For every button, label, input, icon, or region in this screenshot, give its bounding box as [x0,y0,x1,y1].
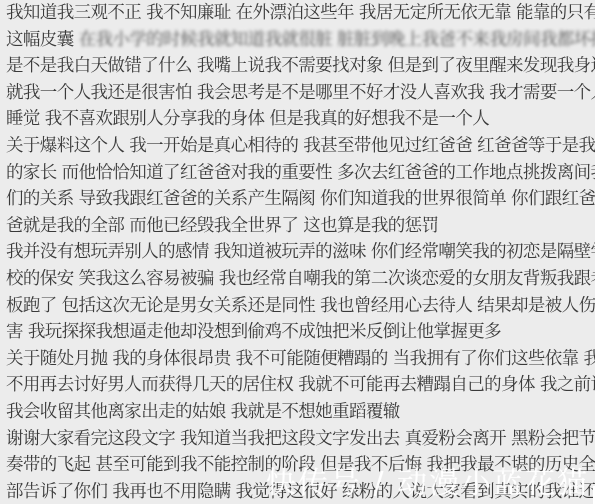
text-line-15: 不用再去讨好男人而获得几天的居住权 我就不可能再去糟蹋自己的身体 我之前说 [6,372,595,399]
text-line-14: 关于随处月抛 我的身体很昂贵 我不可能随便糟蹋的 当我拥有了你们这些依靠 我 [6,346,595,373]
line-text: 不用再去讨好男人而获得几天的居住权 我就不可能再去糟蹋自己的身体 我之前说 [6,375,595,395]
line-text: 睡觉 我不喜欢跟别人分享我的身体 但是我真的好想我不是一个人 [6,109,489,129]
text-line-12: 板跑了 包括这次无论是男女关系还是同性 我也曾经用心去待人 结果却是被人伤 [6,293,595,320]
text-line-9: 爸就是我的全部 而他已经毁我全世界了 这也算是我的惩罚 [6,213,595,240]
line-text: 关于随处月抛 我的身体很昂贵 我不可能随便糟蹋的 当我拥有了你们这些依靠 我 [6,349,595,369]
line-text: 板跑了 包括这次无论是男女关系还是同性 我也曾经用心去待人 结果却是被人伤 [6,296,595,316]
line-text: 关于爆料这个人 我一开始是真心相待的 我甚至带他见过红爸爸 红爸爸等于是我 [6,136,595,156]
text-line-7: 的家长 而他恰恰知道了红爸爸对我的重要性 多次去红爸爸的工作地点挑拨离间我 [6,160,595,187]
line-text: 部告诉了你们 我再也不用隐瞒 我觉得这很好 绿粉的人说大家看到真实的我谁还 [6,482,595,502]
line-text: 校的保安 笑我这么容易被骗 我也经常自嘲我的第二次谈恋爱的女朋友背叛我跟老 [6,269,595,289]
text-line-13: 害 我玩探探我想逼走他却没想到偷鸡不成蚀把米反倒让他掌握更多 [6,319,595,346]
text-line-3: 是不是我白天做错了什么 我嘴上说我不需要找对象 但是到了夜里醒来发现我身边 [6,53,595,80]
text-line-1: 我知道我三观不正 我不知廉耻 在外漂泊这些年 我居无定所无依无靠 能靠的只有 [6,0,595,27]
text-line-8: 们的关系 导致我跟红爸爸的关系产生隔阂 你们知道我的世界很简单 你们跟红爸 [6,186,595,213]
text-line-4: 就我一个人我还是很害怕 我会思考是不是哪里不好才没人喜欢我 我才需要一个人 [6,80,595,107]
line-text: 是不是我白天做错了什么 我嘴上说我不需要找对象 但是到了夜里醒来发现我身边 [6,56,595,76]
blurred-text: 在我小学的时候我就知道我就很脏 脏脏到晚上我爸不来我房间我都坏掉 [79,30,595,50]
text-line-2: 这幅皮囊 在我小学的时候我就知道我就很脏 脏脏到晚上我爸不来我房间我都坏掉 [6,27,595,54]
text-line-10: 我并没有想玩弄别人的感情 我知道被玩弄的滋味 你们经常嘲笑我的初恋是隔壁学 [6,239,595,266]
line-text: 就我一个人我还是很害怕 我会思考是不是哪里不好才没人喜欢我 我才需要一个人 [6,83,595,103]
text-line-6: 关于爆料这个人 我一开始是真心相待的 我甚至带他见过红爸爸 红爸爸等于是我 [6,133,595,160]
text-line-18: 奏带的飞起 甚至可能到我不能控制的阶段 但是我不后悔 我把我最不堪的历史全 [6,452,595,479]
line-text: 这幅皮囊 [6,30,79,50]
text-line-11: 校的保安 笑我这么容易被骗 我也经常自嘲我的第二次谈恋爱的女朋友背叛我跟老 [6,266,595,293]
line-text: 奏带的飞起 甚至可能到我不能控制的阶段 但是我不后悔 我把我最不堪的历史全 [6,455,595,475]
line-text: 们的关系 导致我跟红爸爸的关系产生隔阂 你们知道我的世界很简单 你们跟红爸 [6,189,595,209]
document-body: 我知道我三观不正 我不知廉耻 在外漂泊这些年 我居无定所无依无靠 能靠的只有 这… [6,0,595,504]
line-text: 我知道我三观不正 我不知廉耻 在外漂泊这些年 我居无定所无依无靠 能靠的只有 [6,3,595,23]
line-text: 我并没有想玩弄别人的感情 我知道被玩弄的滋味 你们经常嘲笑我的初恋是隔壁学 [6,242,595,262]
text-line-16: 我会收留其他离家出走的姑娘 我就是不想她重蹈覆辙 [6,399,595,426]
text-line-5: 睡觉 我不喜欢跟别人分享我的身体 但是我真的好想我不是一个人 [6,106,595,133]
line-text: 的家长 而他恰恰知道了红爸爸对我的重要性 多次去红爸爸的工作地点挑拨离间我 [6,163,595,183]
line-text: 害 我玩探探我想逼走他却没想到偷鸡不成蚀把米反倒让他掌握更多 [6,322,501,342]
line-text: 爸就是我的全部 而他已经毁我全世界了 这也算是我的惩罚 [6,216,438,236]
text-line-17: 谢谢大家看完这段文字 我知道当我把这段文字发出去 真爱粉会离开 黑粉会把节 [6,426,595,453]
line-text: 谢谢大家看完这段文字 我知道当我把这段文字发出去 真爱粉会离开 黑粉会把节 [6,429,595,449]
text-line-19: 部告诉了你们 我再也不用隐瞒 我觉得这很好 绿粉的人说大家看到真实的我谁还 [6,479,595,504]
line-text: 我会收留其他离家出走的姑娘 我就是不想她重蹈覆辙 [6,402,400,422]
